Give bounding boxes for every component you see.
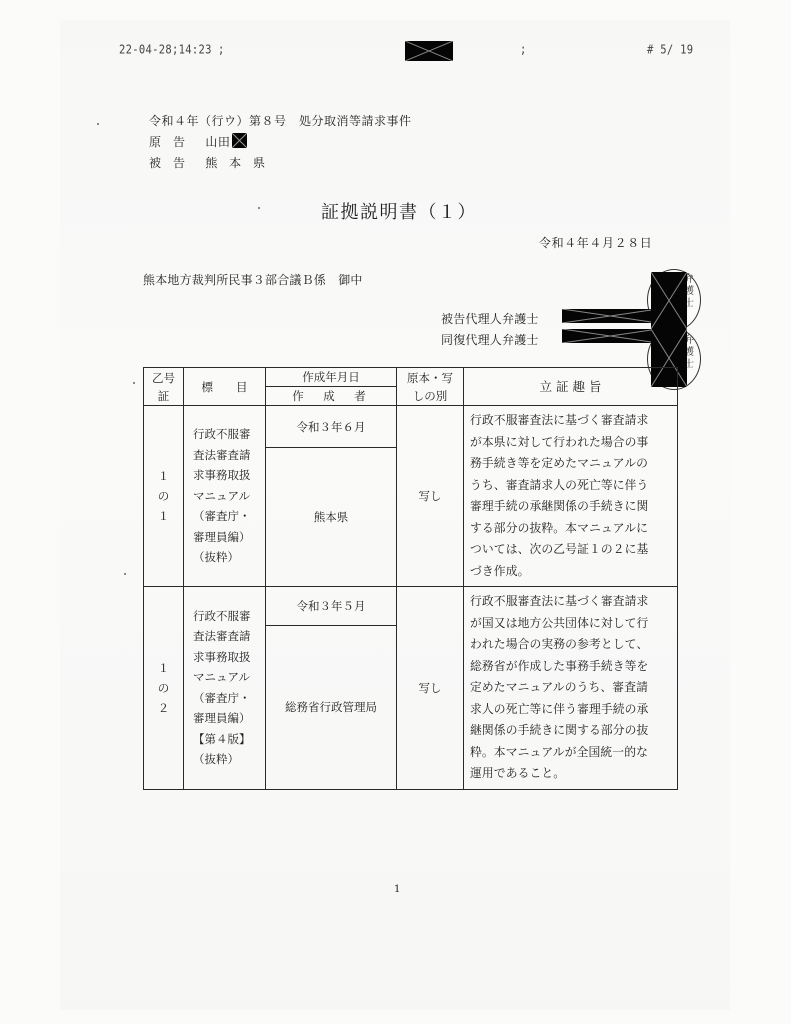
redacted-attorney-name-1 <box>562 309 658 323</box>
purpose-line: 粋。本マニュアルが全国統一的な <box>470 742 673 764</box>
defendant-name: 熊 本 県 <box>205 156 269 170</box>
document-title: 証拠説明書（１） <box>321 198 477 224</box>
evidence-number-part: １ <box>144 658 183 678</box>
plaintiff-name: 山田 <box>205 135 230 149</box>
title-line: 求事務取扱 <box>193 647 265 668</box>
scan-speck <box>133 382 135 384</box>
redaction-cross-icon <box>405 41 453 61</box>
purpose-cell: 行政不服審査法に基づく審査請求 が本県に対して行われた場合の事 務手続き等を定め… <box>464 406 678 587</box>
evidence-table: 乙号 証 標 目 作成年月日 原本・写 しの別 立 証 趣 旨 作 成 者 １ … <box>143 367 678 790</box>
purpose-line: 運用であること。 <box>470 763 673 785</box>
purpose-cell: 行政不服審査法に基づく審査請求 が国又は地方公共団体に対して行 われた場合の実務… <box>464 587 678 790</box>
table-row: １ の ２ 行政不服審 査法審査請 求事務取扱 マニュアル （審査庁・ 審理員編… <box>144 587 678 626</box>
scan-speck <box>124 573 126 575</box>
purpose-line: ついては、次の乙号証１の２に基 <box>470 539 673 561</box>
redacted-attorney-name-2 <box>562 329 658 343</box>
header-purpose: 立 証 趣 旨 <box>464 368 678 406</box>
defendant-role: 被告 <box>149 154 201 171</box>
purpose-line: 審理手続の承継関係の手続きに関 <box>470 496 673 518</box>
title-line: 審理員編） <box>193 527 265 548</box>
header-original-copy-line2: しの別 <box>397 387 463 405</box>
redacted-plaintiff-name <box>232 133 247 148</box>
defendant-attorney-label: 被告代理人弁護士 <box>441 310 539 327</box>
evidence-number-cell: １ の １ <box>144 406 184 587</box>
title-line: 行政不服審 <box>193 424 265 445</box>
page-number: 1 <box>394 884 400 895</box>
purpose-line: うち、審査請求人の死亡等に伴う <box>470 475 673 497</box>
purpose-line: する部分の抜粋。本マニュアルに <box>470 518 673 540</box>
title-line: （審査庁・ <box>193 688 265 709</box>
title-line: マニュアル <box>193 486 265 507</box>
created-date-cell: 令和３年６月 <box>266 406 397 448</box>
title-line: （審査庁・ <box>193 506 265 527</box>
scan-speck <box>97 123 99 125</box>
header-original-copy-line1: 原本・写 <box>397 369 463 387</box>
title-line: 査法審査請 <box>193 445 265 466</box>
author-cell: 熊本県 <box>266 448 397 587</box>
evidence-number-part: １ <box>144 466 183 486</box>
title-line: 審理員編） <box>193 708 265 729</box>
purpose-line: 求人の死亡等に伴う審理手続の承 <box>470 699 673 721</box>
plaintiff-role: 原告 <box>149 133 201 150</box>
redacted-sender-box <box>405 41 453 61</box>
fax-separator: ; <box>218 43 225 57</box>
title-line: 求事務取扱 <box>193 465 265 486</box>
redaction-cross-icon <box>232 133 247 148</box>
header-evidence-no: 乙号 証 <box>144 368 184 406</box>
purpose-line: 継関係の手続きに関する部分の抜 <box>470 720 673 742</box>
evidence-title-cell: 行政不服審 査法審査請 求事務取扱 マニュアル （審査庁・ 審理員編） 【第４版… <box>184 587 266 790</box>
purpose-line: 務手続き等を定めたマニュアルの <box>470 453 673 475</box>
title-line: （抜粋） <box>193 547 265 568</box>
fax-timestamp: 22-04-28;14:23 <box>119 43 212 57</box>
purpose-line: が国又は地方公共団体に対して行 <box>470 613 673 635</box>
sub-attorney-label: 同復代理人弁護士 <box>441 331 539 348</box>
title-line: 行政不服審 <box>193 606 265 627</box>
header-author: 作 成 者 <box>266 387 397 406</box>
case-number-line: 令和４年（行ウ）第８号 処分取消等請求事件 <box>149 112 412 129</box>
title-line: （抜粋） <box>193 749 265 770</box>
created-date-cell: 令和３年５月 <box>266 587 397 626</box>
header-original-copy: 原本・写 しの別 <box>397 368 464 406</box>
fax-separator: ; <box>520 43 527 57</box>
original-copy-cell: 写し <box>397 587 464 790</box>
evidence-number-part: ２ <box>144 698 183 718</box>
redaction-cross-icon <box>562 309 658 323</box>
fax-page-counter: # 5/ 19 <box>647 43 693 57</box>
defendant-line: 被告 熊 本 県 <box>149 154 269 171</box>
evidence-number-part: の <box>144 678 183 698</box>
evidence-number-part: の <box>144 486 183 506</box>
purpose-line: 定めたマニュアルのうち、審査請 <box>470 677 673 699</box>
purpose-line: 行政不服審査法に基づく審査請求 <box>470 410 673 432</box>
purpose-line: 行政不服審査法に基づく審査請求 <box>470 591 673 613</box>
title-line: 査法審査請 <box>193 626 265 647</box>
header-evidence-no-line1: 乙号 <box>144 369 183 387</box>
evidence-number-part: １ <box>144 506 183 526</box>
table-header-row: 乙号 証 標 目 作成年月日 原本・写 しの別 立 証 趣 旨 <box>144 368 678 387</box>
scan-speck <box>258 207 260 209</box>
purpose-line: が本県に対して行われた場合の事 <box>470 432 673 454</box>
purpose-line: づき作成。 <box>470 561 673 583</box>
header-title: 標 目 <box>184 368 266 406</box>
original-copy-cell: 写し <box>397 406 464 587</box>
purpose-line: 総務省が作成した事務手続き等を <box>470 656 673 678</box>
purpose-line: われた場合の実務の参考として、 <box>470 634 673 656</box>
redaction-cross-icon <box>562 329 658 343</box>
plaintiff-line: 原告 山田 <box>149 133 230 150</box>
author-cell: 総務省行政管理局 <box>266 626 397 789</box>
document-date: 令和４年４月２８日 <box>539 234 652 251</box>
title-line: マニュアル <box>193 667 265 688</box>
court-addressee: 熊本地方裁判所民事３部合議Ｂ係 御中 <box>143 271 363 288</box>
title-line: 【第４版】 <box>193 729 265 750</box>
header-evidence-no-line2: 証 <box>144 387 183 405</box>
table-row: １ の １ 行政不服審 査法審査請 求事務取扱 マニュアル （審査庁・ 審理員編… <box>144 406 678 448</box>
evidence-number-cell: １ の ２ <box>144 587 184 790</box>
evidence-title-cell: 行政不服審 査法審査請 求事務取扱 マニュアル （審査庁・ 審理員編） （抜粋） <box>184 406 266 587</box>
header-created-date: 作成年月日 <box>266 368 397 387</box>
